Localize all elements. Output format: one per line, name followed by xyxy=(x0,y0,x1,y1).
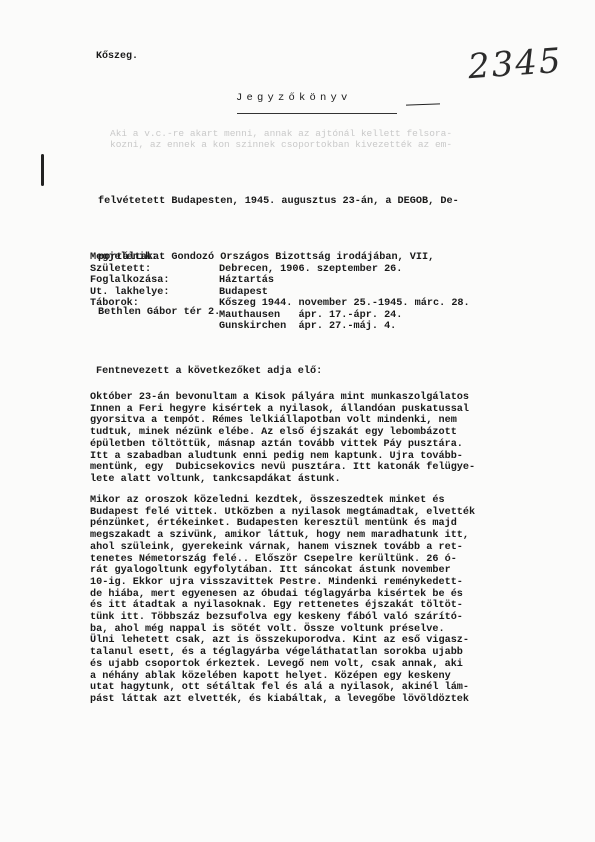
margin-mark xyxy=(41,154,44,186)
testimony-line: megszakadt a szivünk, amikor láttuk, hog… xyxy=(90,530,475,542)
testimony-line: mentünk, egy Dubicsekovics nevü pusztára… xyxy=(90,462,475,474)
field-value: Mauthausen ápr. 17.-ápr. 24. xyxy=(219,310,402,322)
field-value: Gunskirchen ápr. 27.-máj. 4. xyxy=(219,321,396,333)
testimony-line: tudtuk, minek nézünk elébe. Az első éjsz… xyxy=(90,427,475,439)
testimony-line: gyorsitva a tempót. Rémes lelkiállapotba… xyxy=(90,415,475,427)
testimony-line: tünk itt. Többszáz bezsufolva egy kesken… xyxy=(90,612,475,624)
testimony-line: de hiába, mert egyenesen az óbudai tégla… xyxy=(90,589,475,601)
testimony-line: pást láttak azt elvették, és kiabáltak, … xyxy=(90,694,475,706)
field-row: Gunskirchen ápr. 27.-máj. 4. xyxy=(90,321,470,333)
field-label xyxy=(90,321,219,333)
field-row: Foglalkozása:Háztartás xyxy=(90,275,470,287)
document-title: Jegyzőkönyv xyxy=(236,92,352,104)
field-row: Ut. lakhelye:Budapest xyxy=(90,287,470,299)
place-heading: Kőszeg. xyxy=(96,51,138,62)
field-row: Született:Debrecen, 1906. szeptember 26. xyxy=(90,264,470,276)
testimony-line: 10-ig. Ekkor ujra visszavittek Pestre. M… xyxy=(90,577,475,589)
field-value: Debrecen, 1906. szeptember 26. xyxy=(219,264,402,276)
testimony-line: talanul esett, és a téglagyárba végeláth… xyxy=(90,647,475,659)
testimony-line: Budapest felé vittek. Utközben a nyilaso… xyxy=(90,507,475,519)
field-label xyxy=(90,310,219,322)
testimony-line: Október 23-án bevonultam a Kisok pályára… xyxy=(90,392,475,404)
testimony-line: és ujabb csoportok érkeztek. Levegő nem … xyxy=(90,659,475,671)
title-underline xyxy=(237,113,397,114)
field-value: Háztartás xyxy=(219,275,274,287)
testimony-line: épületben töltöttük, másnap aztán tovább… xyxy=(90,439,475,451)
intro-line: felvétetett Budapesten, 1945. augusztus … xyxy=(98,193,459,212)
bleed-through-line: kozni, az ennek a kon szinnek csoportokb… xyxy=(110,139,550,150)
field-value: Kőszeg 1944. november 25.-1945. márc. 28… xyxy=(219,298,470,310)
testimony-lead: Fentnevezett a következőket adja elő: xyxy=(96,366,322,377)
testimony-line: és itt átadtak a nyilasoknak. Egy retten… xyxy=(90,600,475,612)
testimony-paragraph-2: Mikor az oroszok közeledni kezdtek, össz… xyxy=(90,495,475,706)
field-label: Megjelenik: xyxy=(90,252,219,264)
field-label: Foglalkozása: xyxy=(90,275,219,287)
handwritten-record-number: 2345 xyxy=(467,41,564,87)
testimony-line: Mikor az oroszok közeledni kezdtek, össz… xyxy=(90,495,475,507)
personal-data-fields: Megjelenik:Született:Debrecen, 1906. sze… xyxy=(90,252,470,333)
testimony-line: utat hagytunk, ott sétáltak fel és alá a… xyxy=(90,682,475,694)
field-label: Ut. lakhelye: xyxy=(90,287,219,299)
testimony-line: Itt a szabadban aludtunk enni pedig nem … xyxy=(90,451,475,463)
testimony-line: lete alatt voltunk, tankcsapdákat ástunk… xyxy=(90,474,475,486)
field-label: Táborok: xyxy=(90,298,219,310)
bleed-through-line: Aki a v.c.-re akart menni, annak az ajtó… xyxy=(110,128,550,139)
field-row: Megjelenik: xyxy=(90,252,470,264)
testimony-line: a néhány ablak közelében kapott helyet. … xyxy=(90,671,475,683)
field-row: Táborok:Kőszeg 1944. november 25.-1945. … xyxy=(90,298,470,310)
testimony-line: Innen a Feri hegyre kisértek a nyilasok,… xyxy=(90,404,475,416)
handwritten-dash xyxy=(406,103,440,105)
testimony-line: Ülni lehetett csak, azt is összekuporodv… xyxy=(90,635,475,647)
document-page: Aki a v.c.-re akart menni, annak az ajtó… xyxy=(0,0,595,842)
testimony-line: ahol szüleink, gyerekeink várnak, hanem … xyxy=(90,542,475,554)
field-row: Mauthausen ápr. 17.-ápr. 24. xyxy=(90,310,470,322)
field-value: Budapest xyxy=(219,287,268,299)
testimony-line: tenetes Németország felé.. Először Csepe… xyxy=(90,554,475,566)
testimony-line: rát gyalogoltunk egyfolytában. Itt sánco… xyxy=(90,565,475,577)
field-label: Született: xyxy=(90,264,219,276)
testimony-line: pénzünket, értékeinket. Budapesten keres… xyxy=(90,518,475,530)
testimony-paragraph-1: Október 23-án bevonultam a Kisok pályára… xyxy=(90,392,475,486)
testimony-line: ba, ahol még nappal is sötét volt. Össze… xyxy=(90,624,475,636)
